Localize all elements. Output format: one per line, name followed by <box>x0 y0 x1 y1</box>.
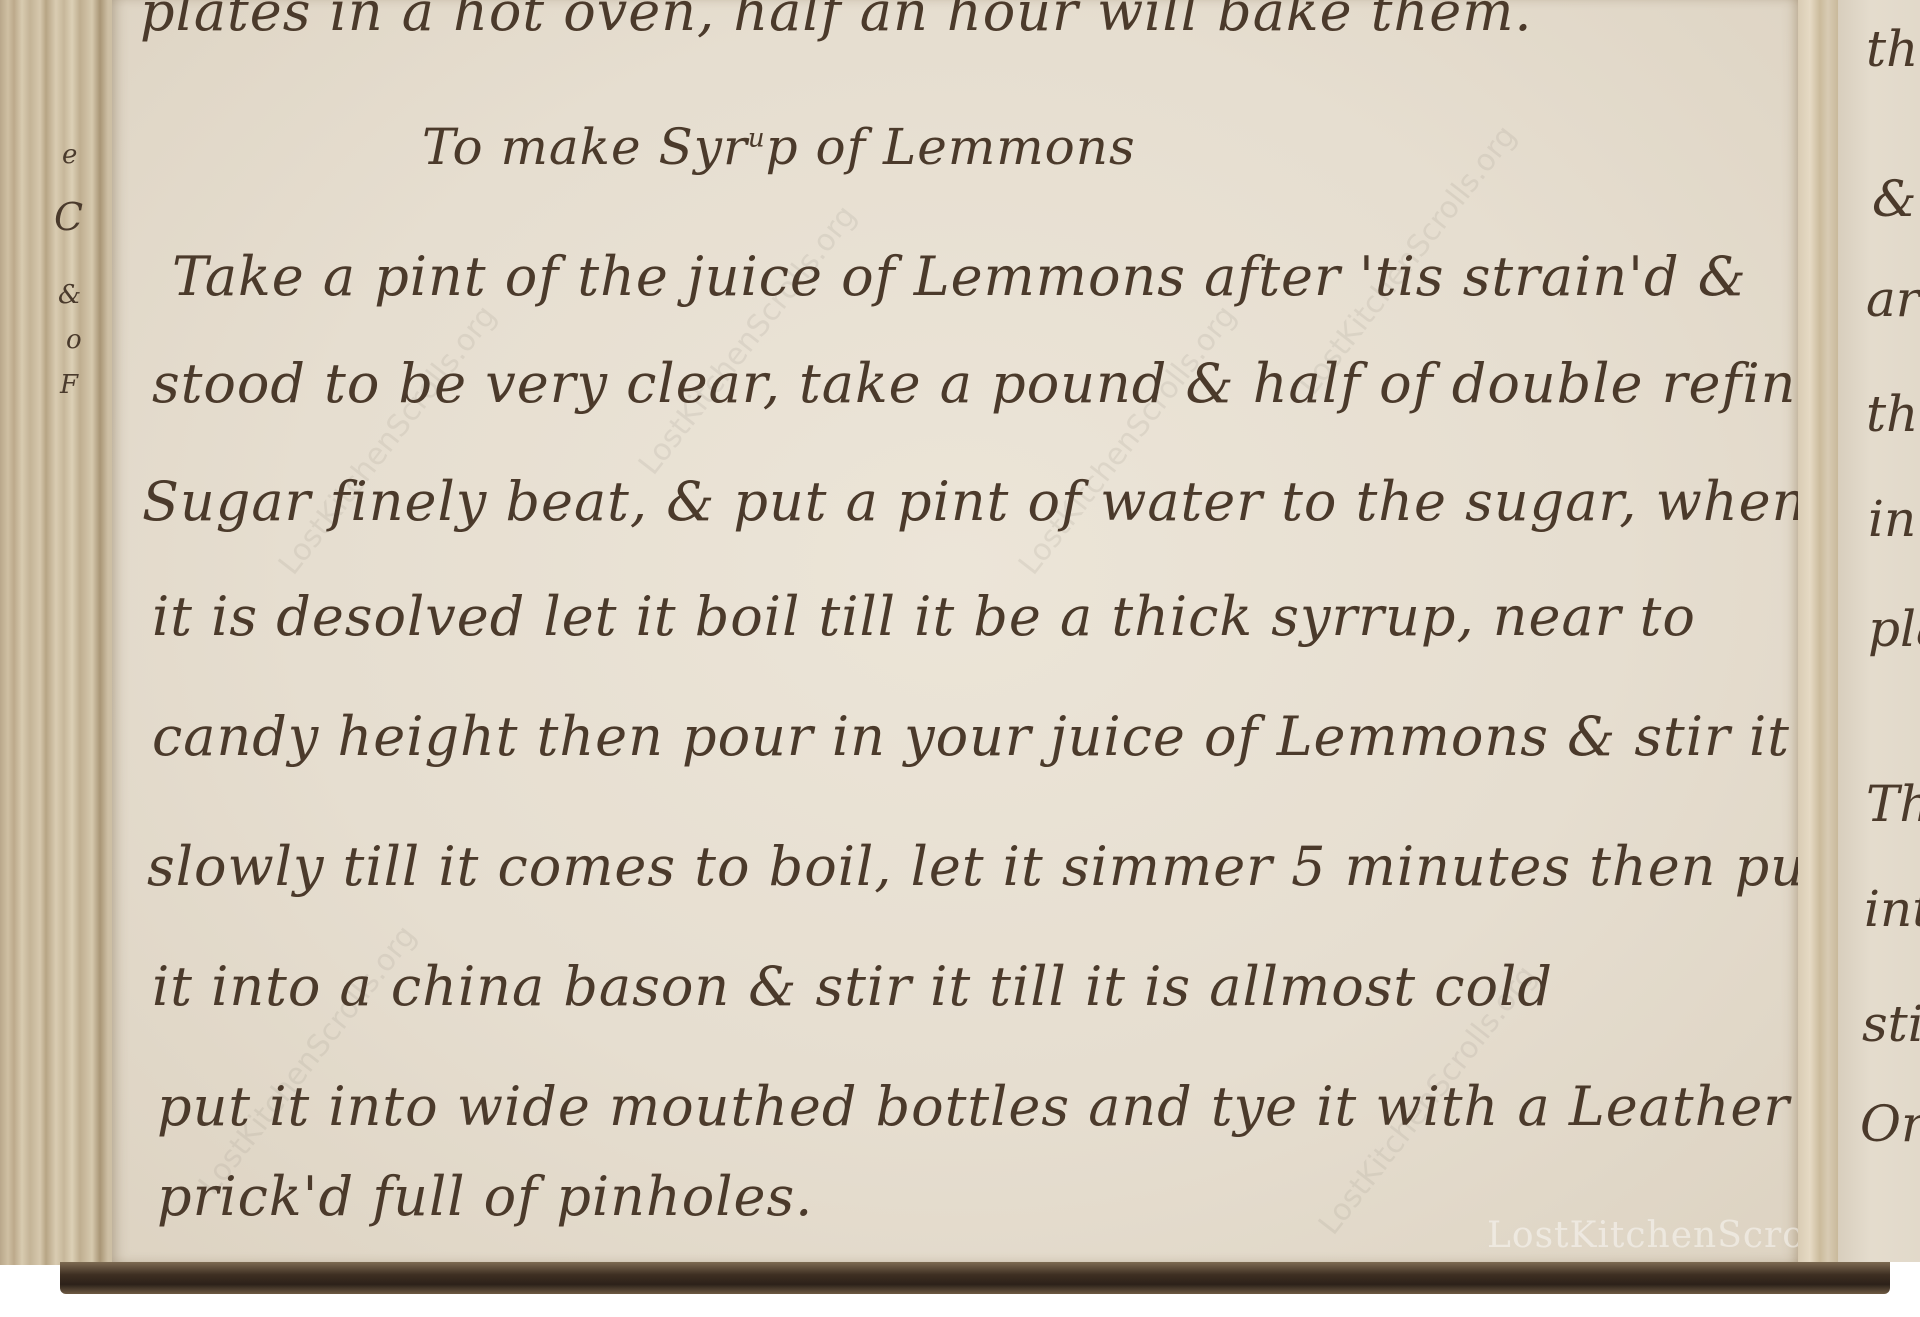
recipe-line: stood to be very clear, take a pound & h… <box>152 352 1865 415</box>
manuscript-page: LostKitchenScrolls.org LostKitchenScroll… <box>112 0 1798 1262</box>
recipe-title-prefix: To make Syr <box>422 118 748 176</box>
previous-recipe-last-line: plates in a hot oven, half an hour will … <box>140 0 1533 43</box>
facing-page-text: are <box>1866 270 1920 328</box>
facing-page-text: the <box>1866 385 1920 443</box>
facing-page-text: Or <box>1860 1095 1920 1153</box>
recipe-line: it into a china bason & stir it till it … <box>152 955 1553 1018</box>
margin-fragment: C <box>54 195 83 239</box>
recipe-title-correction: u <box>748 123 766 153</box>
margin-fragment: e <box>62 140 77 170</box>
watermark-diagonal: LostKitchenScrolls.org <box>272 299 504 582</box>
margin-fragment: & <box>58 280 81 310</box>
facing-page-text: pla <box>1868 600 1920 658</box>
facing-page-text: Th <box>1866 775 1920 833</box>
recipe-line: it is desolved let it boil till it be a … <box>152 585 1696 648</box>
watermark-diagonal: LostKitchenScrolls.org <box>632 199 864 482</box>
recipe-line: Take a pint of the juice of Lemmons afte… <box>172 245 1747 308</box>
recipe-title-suffix: p of Lemmons <box>766 118 1136 176</box>
recipe-line: Sugar finely beat, & put a pint of water… <box>142 470 1807 533</box>
margin-fragment: F <box>60 370 78 400</box>
margin-fragment: o <box>66 325 82 355</box>
recipe-line: slowly till it comes to boil, let it sim… <box>147 835 1829 898</box>
facing-page-text: int <box>1864 880 1920 938</box>
facing-page-fragment: thr & are the in pla Th int stir Or <box>1838 0 1920 1262</box>
facing-page-text: & <box>1872 170 1917 228</box>
book-cover-bottom-edge <box>60 1262 1890 1294</box>
recipe-line: candy height then pour in your juice of … <box>152 705 1790 768</box>
facing-page-text: thr <box>1866 20 1920 78</box>
page-gutter-edge <box>1798 0 1838 1262</box>
watermark-diagonal: LostKitchenScrolls.org <box>1012 299 1244 582</box>
facing-page-text: stir <box>1862 995 1920 1053</box>
facing-page-text: in <box>1868 490 1916 548</box>
recipe-line: put it into wide mouthed bottles and tye… <box>157 1075 1790 1138</box>
recipe-title: To make Syrup of Lemmons <box>422 118 1136 176</box>
recipe-line: prick'd full of pinholes. <box>157 1165 813 1228</box>
book-binding-left: e C & o F <box>0 0 112 1265</box>
manuscript-photo: e C & o F LostKitchenScrolls.org LostKit… <box>0 0 1920 1317</box>
